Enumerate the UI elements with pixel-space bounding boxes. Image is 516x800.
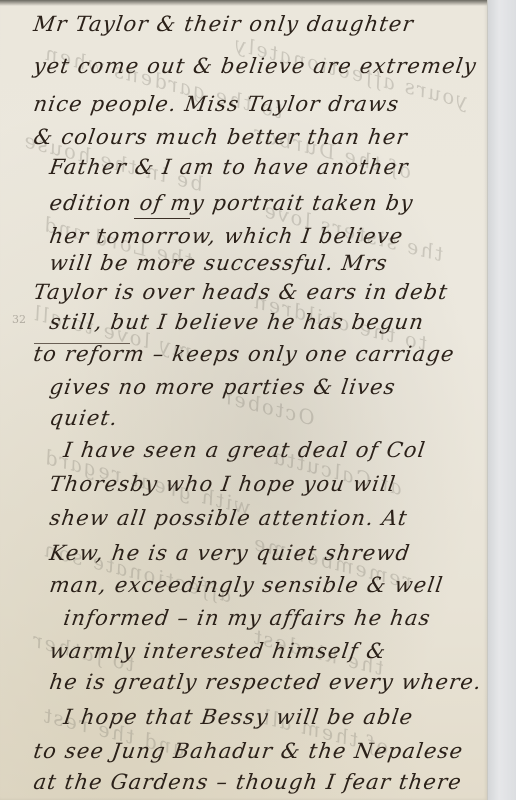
text-line: edition of my portrait taken by [48,191,415,215]
letter-page: to the gardens when yours affectionately… [0,0,488,800]
text-line: Mr Taylor & their only daughter [32,12,416,36]
text-line: I hope that Bessy will be able [62,705,415,729]
text-line: to see Jung Bahadur & the Nepalese [32,739,465,763]
text-line: informed – in my affairs he has [62,606,433,630]
text-line: Kew, he is a very quiet shrewd [48,541,412,565]
text-line: Taylor is over heads & ears in debt [32,280,450,304]
letter-text: Mr Taylor & their only daughter yet come… [0,0,488,800]
text-line: he is greatly respected every where. [48,670,484,694]
text-line: her tomorrow, which I believe [48,224,405,248]
text-line: still, but I believe he has begun [48,310,426,334]
text-line: Father & I am to have another [48,155,410,179]
text-line: will be more successful. Mrs [48,251,390,275]
text-line: quiet. [48,406,120,430]
text-line: to reform – keeps only one carriage [32,342,456,366]
text-line: warmly interested himself & [48,639,388,663]
text-line: yet come out & believe are extremely [32,54,479,78]
text-line: man, exceedingly sensible & well [48,573,445,597]
text-line: I have seen a great deal of Col [62,438,427,462]
text-line: Thoresby who I hope you will [48,472,398,496]
text-line: gives no more parties & lives [48,375,398,399]
underline-mark [134,218,190,219]
text-line: at the Gardens – though I fear there [32,770,464,794]
text-line: shew all possible attention. At [48,506,409,530]
text-line: nice people. Miss Taylor draws [32,92,401,116]
document-scan: to the gardens when yours affectionately… [0,0,516,800]
tissue-paper-edge [487,0,516,800]
text-line: & colours much better than her [32,125,409,149]
